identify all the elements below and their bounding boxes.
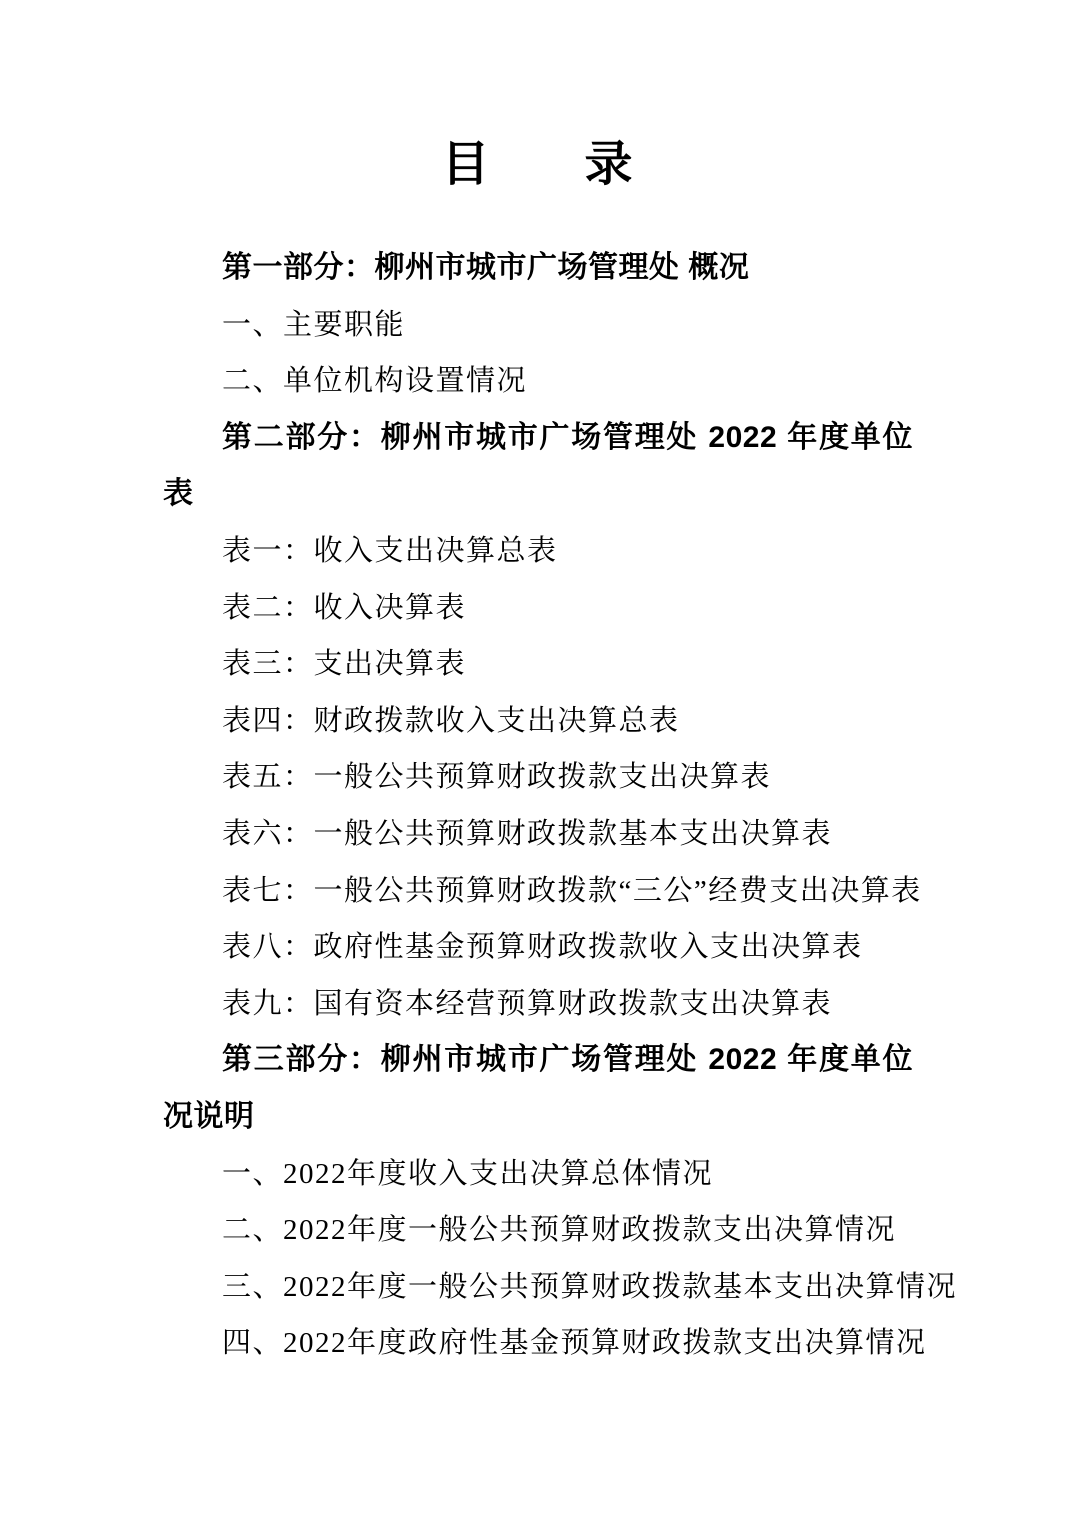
part3-item-1: 一、2022年度收入支出决算总体情况 <box>163 1146 913 1203</box>
part1-item-1: 一、主要职能 <box>163 297 913 354</box>
part3-heading-line1: 第三部分：柳州市城市广场管理处 2022 年度单位决算情 <box>163 1032 913 1089</box>
part3-item-3: 三、2022年度一般公共预算财政拨款基本支出决算情况 <box>163 1259 913 1316</box>
table-entry-4: 表四：财政拨款收入支出决算总表 <box>163 693 913 750</box>
toc-title-char-left: 目 <box>441 125 490 205</box>
part1-item-2: 二、单位机构设置情况 <box>163 353 913 410</box>
part3-heading-line2: 况说明 <box>163 1089 913 1146</box>
part1-heading: 第一部分：柳州市城市广场管理处 概况 <box>163 240 913 297</box>
toc-body: 第一部分：柳州市城市广场管理处 概况 一、主要职能 二、单位机构设置情况 第二部… <box>163 240 913 1372</box>
table-entry-9: 表九：国有资本经营预算财政拨款支出决算表 <box>163 976 913 1033</box>
toc-title: 目 录 <box>0 125 1075 205</box>
toc-title-char-right: 录 <box>585 125 634 205</box>
part2-heading-line2: 表 <box>163 466 913 523</box>
part3-item-2: 二、2022年度一般公共预算财政拨款支出决算情况 <box>163 1202 913 1259</box>
table-entry-6: 表六：一般公共预算财政拨款基本支出决算表 <box>163 806 913 863</box>
table-entry-8: 表八：政府性基金预算财政拨款收入支出决算表 <box>163 919 913 976</box>
part3-item-4: 四、2022年度政府性基金预算财政拨款支出决算情况 <box>163 1315 913 1372</box>
table-entry-2: 表二：收入决算表 <box>163 580 913 637</box>
table-entry-1: 表一：收入支出决算总表 <box>163 523 913 580</box>
table-entry-7: 表七：一般公共预算财政拨款“三公”经费支出决算表 <box>163 863 913 920</box>
table-entry-5: 表五：一般公共预算财政拨款支出决算表 <box>163 749 913 806</box>
table-entry-3: 表三：支出决算表 <box>163 636 913 693</box>
part2-heading-line1: 第二部分：柳州市城市广场管理处 2022 年度单位决算报 <box>163 410 913 467</box>
document-page: 目 录 第一部分：柳州市城市广场管理处 概况 一、主要职能 二、单位机构设置情况… <box>0 0 1075 1520</box>
